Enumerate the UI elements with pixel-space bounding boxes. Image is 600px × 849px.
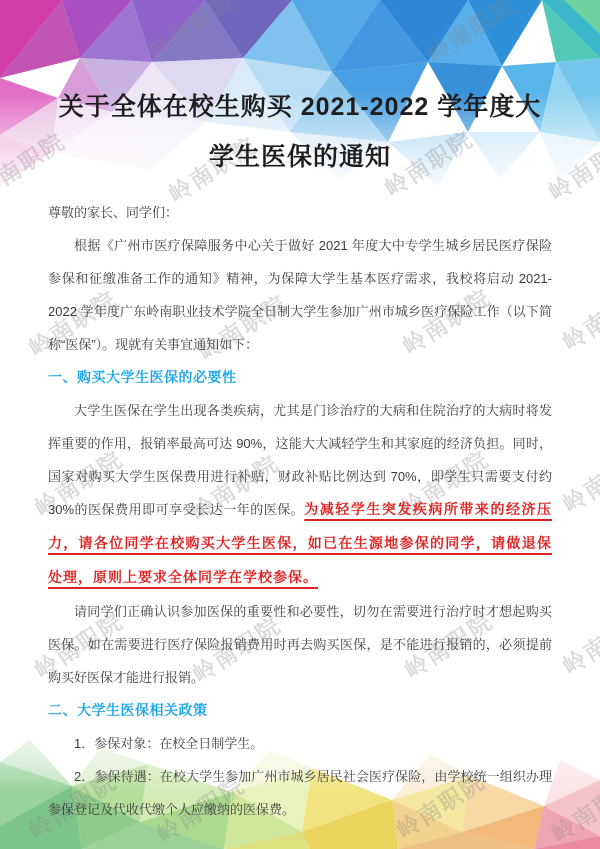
intro-paragraph: 根据《广州市医疗保障服务中心关于做好 2021 年度大中专学生城乡居民医疗保险参… [48, 229, 552, 361]
section2-item2: 2．参保待遇：在校大学生参加广州市城乡居民社会医疗保险，由学校统一组织办理参保登… [48, 760, 552, 826]
notice-title: 关于全体在校生购买 2021-2022 学年度大学生医保的通知 [48, 82, 552, 182]
notice-page: 岭南职院岭南职院岭南职院岭南职院岭南职院岭南职院岭南职院岭南职院岭南职院岭南职院… [0, 0, 600, 849]
section2-item1: 1．参保对象：在校全日制学生。 [48, 727, 552, 760]
section1-paragraph1-normal-text: 大学生医保在学生出现各类疾病，尤其是门诊治疗的大病和住院治疗的大病时将发挥重要的… [48, 403, 552, 517]
section1-paragraph1: 大学生医保在学生出现各类疾病，尤其是门诊治疗的大病和住院治疗的大病时将发挥重要的… [48, 394, 552, 595]
greeting-line: 尊敬的家长、同学们： [48, 196, 552, 229]
section1-paragraph2: 请同学们正确认识参加医保的重要性和必要性，切勿在需要进行治疗时才想起购买医保。如… [48, 595, 552, 694]
notice-content: 关于全体在校生购买 2021-2022 学年度大学生医保的通知 尊敬的家长、同学… [0, 0, 600, 849]
section1-heading: 一、购买大学生医保的必要性 [48, 361, 552, 394]
section2-heading: 二、大学生医保相关政策 [48, 694, 552, 727]
